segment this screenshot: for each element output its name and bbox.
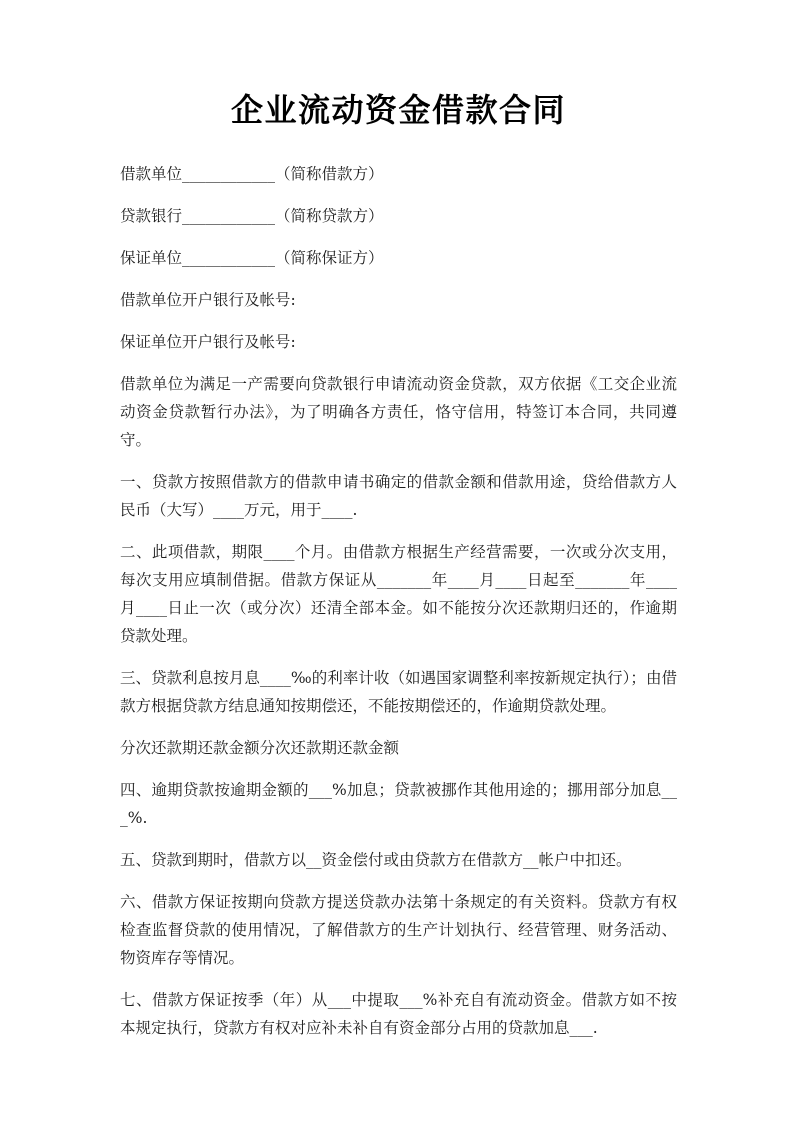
para-clause-7: 七、借款方保证按季（年）从___中提取___%补充自有流动资金。借款方如不按本规…: [120, 986, 677, 1042]
para-guarantor-bank-account: 保证单位开户银行及帐号:: [120, 328, 677, 356]
para-guarantor-unit: 保证单位____________（简称保证方）: [120, 244, 677, 272]
document-content: 企业流动资金借款合同 借款单位____________（简称借款方） 贷款银行_…: [0, 0, 793, 1042]
para-borrower-bank-account: 借款单位开户银行及帐号:: [120, 286, 677, 314]
document-page: 企业流动资金借款合同 借款单位____________（简称借款方） 贷款银行_…: [0, 0, 793, 1122]
para-clause-3: 三、贷款利息按月息____‰的利率计收（如遇国家调整利率按新规定执行）；由借款方…: [120, 664, 677, 720]
para-lender-bank: 贷款银行____________（简称贷款方）: [120, 202, 677, 230]
para-clause-1: 一、贷款方按照借款方的借款申请书确定的借款金额和借款用途，贷给借款方人民币（大写…: [120, 468, 677, 524]
para-clause-2: 二、此项借款，期限____个月。由借款方根据生产经营需要，一次或分次支用，每次支…: [120, 538, 677, 650]
para-preamble: 借款单位为满足一产需要向贷款银行申请流动资金贷款，双方依据《工交企业流动资金贷款…: [120, 370, 677, 454]
para-clause-6: 六、借款方保证按期向贷款方提送贷款办法第十条规定的有关资料。贷款方有权检查监督贷…: [120, 888, 677, 972]
para-borrower-unit: 借款单位____________（简称借款方）: [120, 160, 677, 188]
para-clause-5: 五、贷款到期时，借款方以__资金偿付或由贷款方在借款方__帐户中扣还。: [120, 846, 677, 874]
para-clause-4: 四、逾期贷款按逾期金额的___%加息；贷款被挪作其他用途的；挪用部分加息___%…: [120, 776, 677, 832]
para-repayment-schedule: 分次还款期还款金额分次还款期还款金额: [120, 734, 677, 762]
document-title: 企业流动资金借款合同: [120, 88, 677, 132]
